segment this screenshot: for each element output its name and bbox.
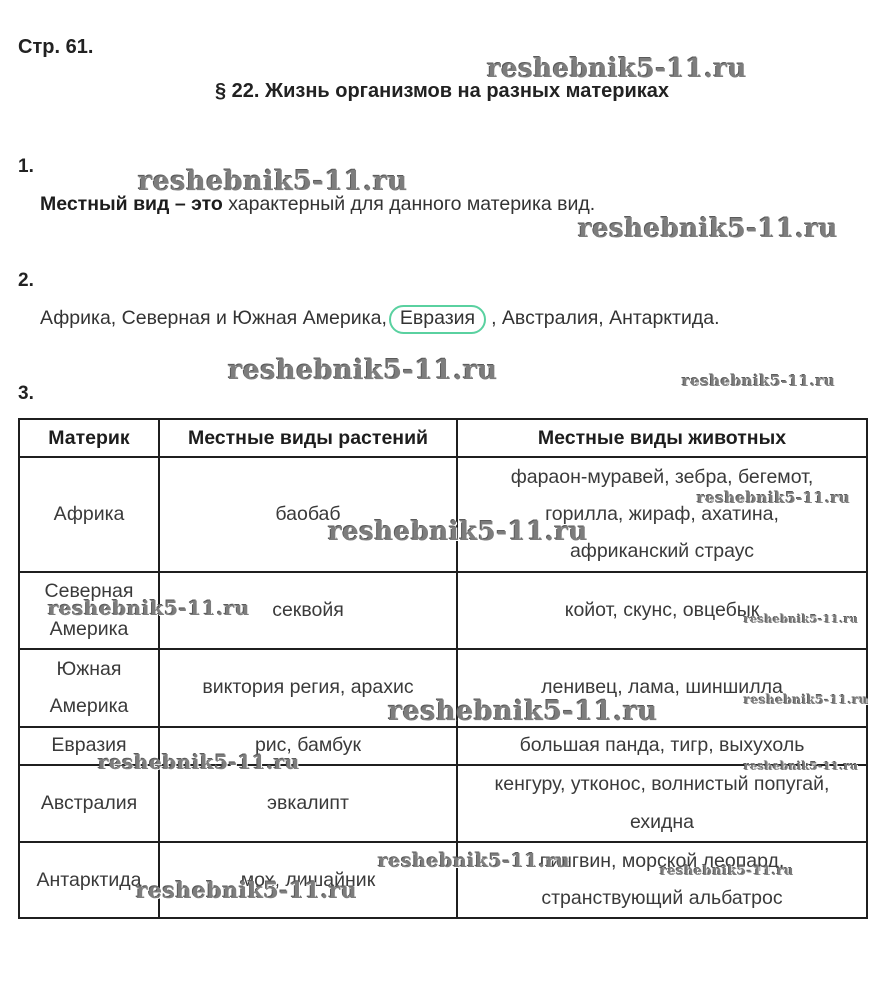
cell-plants: баобаб — [159, 457, 457, 572]
section-2-number: 2. — [18, 270, 34, 292]
section-1-answer: Местный вид – это характерный для данног… — [40, 193, 595, 216]
section-2-answer: Африка, Северная и Южная Америка,Евразия… — [40, 305, 720, 334]
header-animals: Местные виды животных — [457, 419, 867, 457]
cell-continent: Северная Америка — [19, 572, 159, 649]
header-continent: Материк — [19, 419, 159, 457]
cell-plants: мох, лишайник — [159, 842, 457, 918]
cell-animals: ленивец, лама, шиншилла — [457, 649, 867, 727]
definition-term: Местный вид – это — [40, 193, 223, 215]
watermark: reshebnik5-11.ru — [228, 355, 498, 386]
watermark: reshebnik5-11.ru — [682, 372, 835, 390]
cell-animals: фараон-муравей, зебра, бегемот, горилла,… — [457, 457, 867, 572]
definition-text: характерный для данного материка вид. — [223, 193, 595, 215]
cell-plants: эвкалипт — [159, 765, 457, 842]
table-row: Африка баобаб фараон-муравей, зебра, бег… — [19, 457, 867, 572]
document-page: Стр. 61. § 22. Жизнь организмов на разны… — [0, 0, 884, 996]
cell-animals: кенгуру, утконос, волнистый попугай, ехи… — [457, 765, 867, 842]
header-plants: Местные виды растений — [159, 419, 457, 457]
table-header-row: Материк Местные виды растений Местные ви… — [19, 419, 867, 457]
section-1-number: 1. — [18, 156, 34, 178]
page-title: § 22. Жизнь организмов на разных материк… — [0, 80, 884, 103]
watermark: reshebnik5-11.ru — [578, 214, 838, 244]
cell-plants: рис, бамбук — [159, 727, 457, 765]
cell-continent: Африка — [19, 457, 159, 572]
cell-continent: Австралия — [19, 765, 159, 842]
cell-plants: секвойя — [159, 572, 457, 649]
cell-animals: койот, скунс, овцебык — [457, 572, 867, 649]
page-number-label: Стр. 61. — [18, 36, 93, 59]
table-row: Южная Америка виктория регия, арахис лен… — [19, 649, 867, 727]
table-row: Евразия рис, бамбук большая панда, тигр,… — [19, 727, 867, 765]
cell-continent: Южная Америка — [19, 649, 159, 727]
cell-animals: пингвин, морской леопард, странствующий … — [457, 842, 867, 918]
cell-plants: виктория регия, арахис — [159, 649, 457, 727]
highlighted-answer-oval: Евразия — [389, 305, 486, 334]
continent-list-before: Африка, Северная и Южная Америка, — [40, 307, 387, 329]
cell-continent: Антарктида — [19, 842, 159, 918]
table-row: Антарктида мох, лишайник пингвин, морско… — [19, 842, 867, 918]
section-3-number: 3. — [18, 383, 34, 405]
cell-continent: Евразия — [19, 727, 159, 765]
continents-species-table: Материк Местные виды растений Местные ви… — [18, 418, 868, 919]
table-row: Северная Америка секвойя койот, скунс, о… — [19, 572, 867, 649]
table-row: Австралия эвкалипт кенгуру, утконос, вол… — [19, 765, 867, 842]
continent-list-after: , Австралия, Антарктида. — [491, 307, 719, 329]
cell-animals: большая панда, тигр, выхухоль — [457, 727, 867, 765]
